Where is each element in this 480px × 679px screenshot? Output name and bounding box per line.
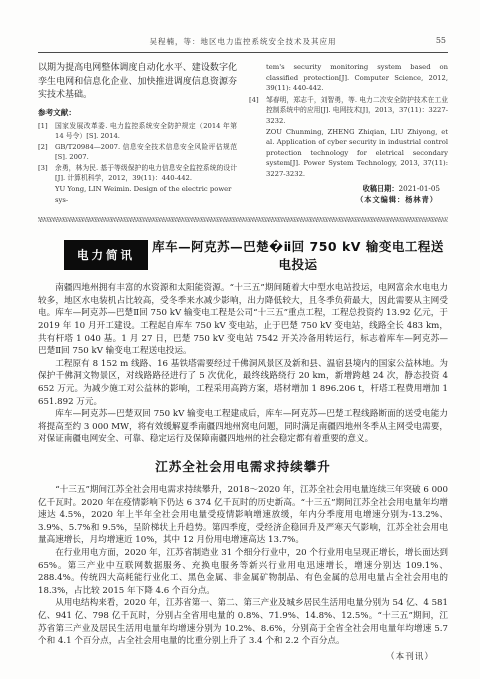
article2-paragraph-3: 从用电结构来看，2020 年，江苏省第一、第二、第三产业及城乡居民生活用电量分别…: [38, 597, 448, 647]
right-column: tem's security monitoring system based o…: [249, 62, 448, 205]
reference-item-1: [1] 国家发展改革委. 电力监控系统安全防护规定（2014 年第 14 号令）…: [38, 121, 237, 142]
article2-paragraph-1: “十三五”期间江苏全社会用电需求持续攀升，2018～2020 年，江苏全社会用电…: [38, 484, 448, 547]
ornament-divider: [38, 217, 448, 222]
reference-4-english: ZOU Chunming, ZHENG Zhiqian, LIU Zhiyong…: [249, 127, 448, 180]
running-head: 吴程楠，等：地区电力监控系统安全技术及其应用 55: [38, 36, 448, 48]
reference-text: 国家发展改革委. 电力监控系统安全防护规定（2014 年第 14 号令）[S].…: [55, 121, 237, 142]
reference-text: GB/T20984—2007. 信息安全技术信息安全风险评估规范[S]. 200…: [55, 142, 237, 163]
article1-title: 库车—阿克苏—巴楚�ⅱ回 750 kV 输变电工程送电投运: [148, 237, 448, 273]
reference-item-2: [2] GB/T20984—2007. 信息安全技术信息安全风险评估规范[S].…: [38, 142, 237, 163]
article2-paragraph-2: 在行业用电方面，2020 年，江苏省制造业 31 个细分行业中，20 个行业用电…: [38, 547, 448, 597]
reference-text: 余勇，林为民. 基于等级保护的电力信息安全监控系统的设计[J]. 计算机科学，2…: [55, 163, 237, 184]
article2-byline: （本刊讯）: [38, 651, 448, 664]
reference-number: [4]: [249, 95, 266, 127]
received-date-line: 收稿日期：2021-01-05: [249, 183, 448, 194]
reference-number: [2]: [38, 142, 55, 163]
intro-paragraph: 以期为提高电网整体调度自动化水平、建设数字化孪生电网和信息化企业、加快推进调度信…: [38, 62, 237, 103]
left-column: 以期为提高电网整体调度自动化水平、建设数字化孪生电网和信息化企业、加快推进调度信…: [38, 62, 237, 205]
reference-item-4: [4] 邹春明，郑志千，刘智勇，等. 电力二次安全防护技术在工业控制系统中的应用…: [249, 95, 448, 127]
reference-item-3: [3] 余勇，林为民. 基于等级保护的电力信息安全监控系统的设计[J]. 计算机…: [38, 163, 237, 184]
reference-text: 邹春明，郑志千，刘智勇，等. 电力二次安全防护技术在工业控制系统中的应用[J].…: [266, 95, 448, 127]
power-brief-badge: 电力简讯: [64, 240, 148, 270]
article1-paragraph-1: 南疆四地州拥有丰富的水资源和太阳能资源。“十三五”期间随着大中型水电站投运，电网…: [38, 282, 448, 358]
reference-3-english-continuation: tem's security monitoring system based o…: [249, 62, 448, 94]
references-heading: 参考文献：: [38, 107, 237, 118]
received-date-label: 收稿日期：: [363, 184, 399, 193]
reference-columns: 以期为提高电网整体调度自动化水平、建设数字化孪生电网和信息化企业、加快推进调度信…: [38, 62, 448, 205]
reference-number: [1]: [38, 121, 55, 142]
running-title: 吴程楠，等：地区电力监控系统安全技术及其应用: [38, 36, 448, 47]
reference-number: [3]: [38, 163, 55, 184]
article1-paragraph-2: 工程原有 8 152 m 线路、16 基铁塔需要经过千佛洞风景区及新和县、温宿县…: [38, 358, 448, 408]
journal-page: 吴程楠，等：地区电力监控系统安全技术及其应用 55 以期为提高电网整体调度自动化…: [0, 0, 480, 679]
header-rule: [38, 52, 448, 53]
page-number: 55: [436, 36, 446, 45]
article2-title: 江苏全社会用电需求持续攀升: [38, 457, 448, 475]
received-date-value: 2021-01-05: [399, 184, 440, 193]
power-brief-header: 电力简讯 库车—阿克苏—巴楚�ⅱ回 750 kV 输变电工程送电投运: [38, 237, 448, 273]
article1-paragraph-3: 库车—阿克苏—巴楚双回 750 kV 输变电工程建成后，库车—阿克苏—巴楚工程线…: [38, 408, 448, 446]
power-brief-section: 电力简讯 库车—阿克苏—巴楚�ⅱ回 750 kV 输变电工程送电投运 南疆四地州…: [38, 237, 448, 663]
editor-note: （本文编辑：杨林青）: [249, 194, 448, 205]
reference-3-english: YU Yong, LIN Weimin. Design of the elect…: [38, 184, 237, 205]
